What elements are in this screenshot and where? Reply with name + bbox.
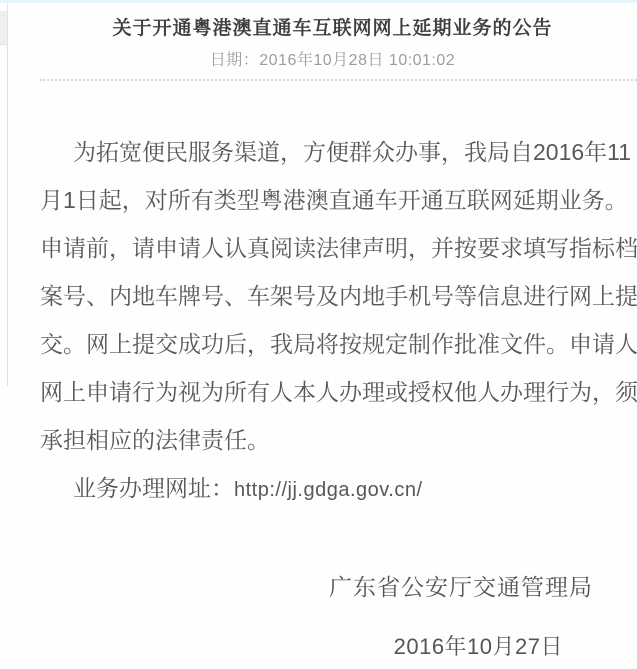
service-url-line: 业务办理网址：http://jj.gdga.gov.cn/ xyxy=(40,464,613,514)
top-accent-strip xyxy=(0,0,637,3)
service-url: http://jj.gdga.gov.cn/ xyxy=(234,479,423,501)
announcement-body: 为拓宽便民服务渠道，方便群众办事，我局自2016年11月1日起，对所有类型粤港澳… xyxy=(0,128,637,662)
issuer-signature: 广东省公安厅交通管理局 xyxy=(40,572,613,602)
body-paragraph-line: 承担相应的法律责任。 xyxy=(40,416,613,464)
body-paragraph-line: 网上申请行为视为所有人本人办理或授权他人办理行为，须 xyxy=(40,368,613,416)
body-paragraph-line: 案号、内地车牌号、车架号及内地手机号等信息进行网上提 xyxy=(40,272,613,320)
left-edge-line xyxy=(7,4,8,386)
announcement-header: 关于开通粤港澳直通车互联网网上延期业务的公告 日期：2016年10月28日 10… xyxy=(0,0,637,70)
announcement-page: 关于开通粤港澳直通车互联网网上延期业务的公告 日期：2016年10月28日 10… xyxy=(0,0,637,669)
body-paragraph-line: 为拓宽便民服务渠道，方便群众办事，我局自2016年11 xyxy=(40,128,613,176)
page-title: 关于开通粤港澳直通车互联网网上延期业务的公告 xyxy=(40,17,625,40)
service-url-label: 业务办理网址： xyxy=(73,475,234,501)
publish-date: 日期：2016年10月28日 10:01:02 xyxy=(40,51,625,70)
body-paragraph-line: 交。网上提交成功后，我局将按规定制作批准文件。申请人 xyxy=(40,320,613,368)
body-paragraph: 为拓宽便民服务渠道，方便群众办事，我局自2016年11月1日起，对所有类型粤港澳… xyxy=(40,128,613,464)
issue-date: 2016年10月27日 xyxy=(40,632,613,662)
body-paragraph-line: 申请前，请申请人认真阅读法律声明，并按要求填写指标档 xyxy=(40,224,613,272)
body-paragraph-line: 月1日起，对所有类型粤港澳直通车开通互联网延期业务。 xyxy=(40,176,613,224)
left-edge-tab xyxy=(0,11,7,45)
dashed-divider xyxy=(40,79,637,81)
